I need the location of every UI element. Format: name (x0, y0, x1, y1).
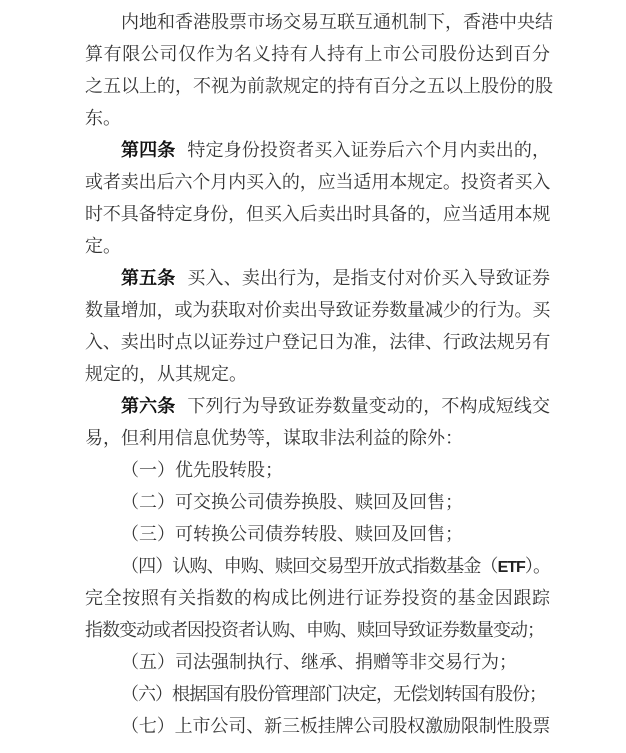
list-item-7: （七）上市公司、新三板挂牌公司股权激励限制性股票 (85, 711, 550, 743)
text-line-article-6: 第六条下列行为导致证券数量变动的，不构成短线交 (85, 391, 550, 423)
list-item-1: （一）优先股转股； (85, 455, 550, 487)
list-item-5: （五）司法强制执行、继承、捐赠等非交易行为； (85, 647, 550, 679)
line-text: 完全按照有关指数的构成比例进行证券投资的基金因跟踪 (85, 588, 550, 609)
text-line: 之五以上的，不视为前款规定的持有百分之五以上股份的股 (85, 71, 550, 103)
text-line: 定。 (85, 231, 550, 263)
line-text: 时不具备特定身份，但买入后卖出时具备的，应当适用本规 (85, 204, 550, 225)
list-item-4: （四）认购、申购、赎回交易型开放式指数基金（ETF）。 (85, 551, 550, 583)
text-line: 指数变动或者因投资者认购、申购、赎回导致证券数量变动； (85, 615, 550, 647)
line-text: 之五以上的，不视为前款规定的持有百分之五以上股份的股 (85, 76, 553, 97)
etf-acronym: ETF (498, 559, 525, 576)
text-line: 或者卖出后六个月内买入的，应当适用本规定。投资者买入 (85, 167, 550, 199)
line-text: 算有限公司仅作为名义持有人持有上市公司股份达到百分 (85, 44, 550, 65)
line-text: 入、卖出时点以证券过户登记日为准，法律、行政法规另有 (85, 332, 550, 353)
line-text: 东。 (85, 108, 121, 129)
article-number-label: 第五条 (121, 268, 175, 289)
line-text: ）。 (525, 556, 550, 577)
line-text: 定。 (85, 236, 121, 257)
text-line-article-4: 第四条特定身份投资者买入证券后六个月内卖出的， (85, 135, 550, 167)
article-number-label: 第六条 (121, 396, 175, 417)
list-item-3: （三）可转换公司债券转股、赎回及回售； (85, 519, 550, 551)
text-line: 算有限公司仅作为名义持有人持有上市公司股份达到百分 (85, 39, 550, 71)
list-item-6: （六）根据国有股份管理部门决定，无偿划转国有股份； (85, 679, 550, 711)
text-line-article-5: 第五条买入、卖出行为，是指支付对价买入导致证券 (85, 263, 550, 295)
text-line: 入、卖出时点以证券过户登记日为准，法律、行政法规另有 (85, 327, 550, 359)
text-line: 完全按照有关指数的构成比例进行证券投资的基金因跟踪 (85, 583, 550, 615)
text-line: 规定的，从其规定。 (85, 359, 550, 391)
line-text: 或者卖出后六个月内买入的，应当适用本规定。投资者买入 (85, 172, 550, 193)
text-line: 内地和香港股票市场交易互联互通机制下，香港中央结 (85, 7, 550, 39)
line-text: （五）司法强制执行、继承、捐赠等非交易行为； (121, 652, 517, 673)
line-text: 买入、卖出行为，是指支付对价买入导致证券 (187, 268, 550, 289)
line-text: 数量增加，或为获取对价卖出导致证券数量减少的行为。买 (85, 300, 550, 321)
line-text: 特定身份投资者买入证券后六个月内卖出的， (187, 140, 550, 161)
line-text: （四）认购、申购、赎回交易型开放式指数基金（ (121, 556, 498, 577)
line-text: （三）可转换公司债券转股、赎回及回售； (121, 524, 463, 545)
line-text: 易，但利用信息优势等，谋取非法利益的除外： (85, 428, 463, 449)
text-line: 东。 (85, 103, 550, 135)
text-line: 数量增加，或为获取对价卖出导致证券数量减少的行为。买 (85, 295, 550, 327)
list-item-2: （二）可交换公司债券换股、赎回及回售； (85, 487, 550, 519)
document-page: 内地和香港股票市场交易互联互通机制下，香港中央结 算有限公司仅作为名义持有人持有… (0, 0, 626, 753)
text-line: 易，但利用信息优势等，谋取非法利益的除外： (85, 423, 550, 455)
line-text: （六）根据国有股份管理部门决定，无偿划转国有股份； (121, 684, 546, 705)
article-number-label: 第四条 (121, 140, 175, 161)
line-text: 下列行为导致证券数量变动的，不构成短线交 (187, 396, 550, 417)
line-text: 规定的，从其规定。 (85, 364, 247, 385)
line-text: （一）优先股转股； (121, 460, 283, 481)
line-text: 内地和香港股票市场交易互联互通机制下，香港中央结 (121, 12, 553, 33)
line-text: （二）可交换公司债券换股、赎回及回售； (121, 492, 463, 513)
line-text: 指数变动或者因投资者认购、申购、赎回导致证券数量变动； (85, 620, 544, 641)
text-line: 时不具备特定身份，但买入后卖出时具备的，应当适用本规 (85, 199, 550, 231)
line-text: （七）上市公司、新三板挂牌公司股权激励限制性股票 (121, 716, 550, 737)
